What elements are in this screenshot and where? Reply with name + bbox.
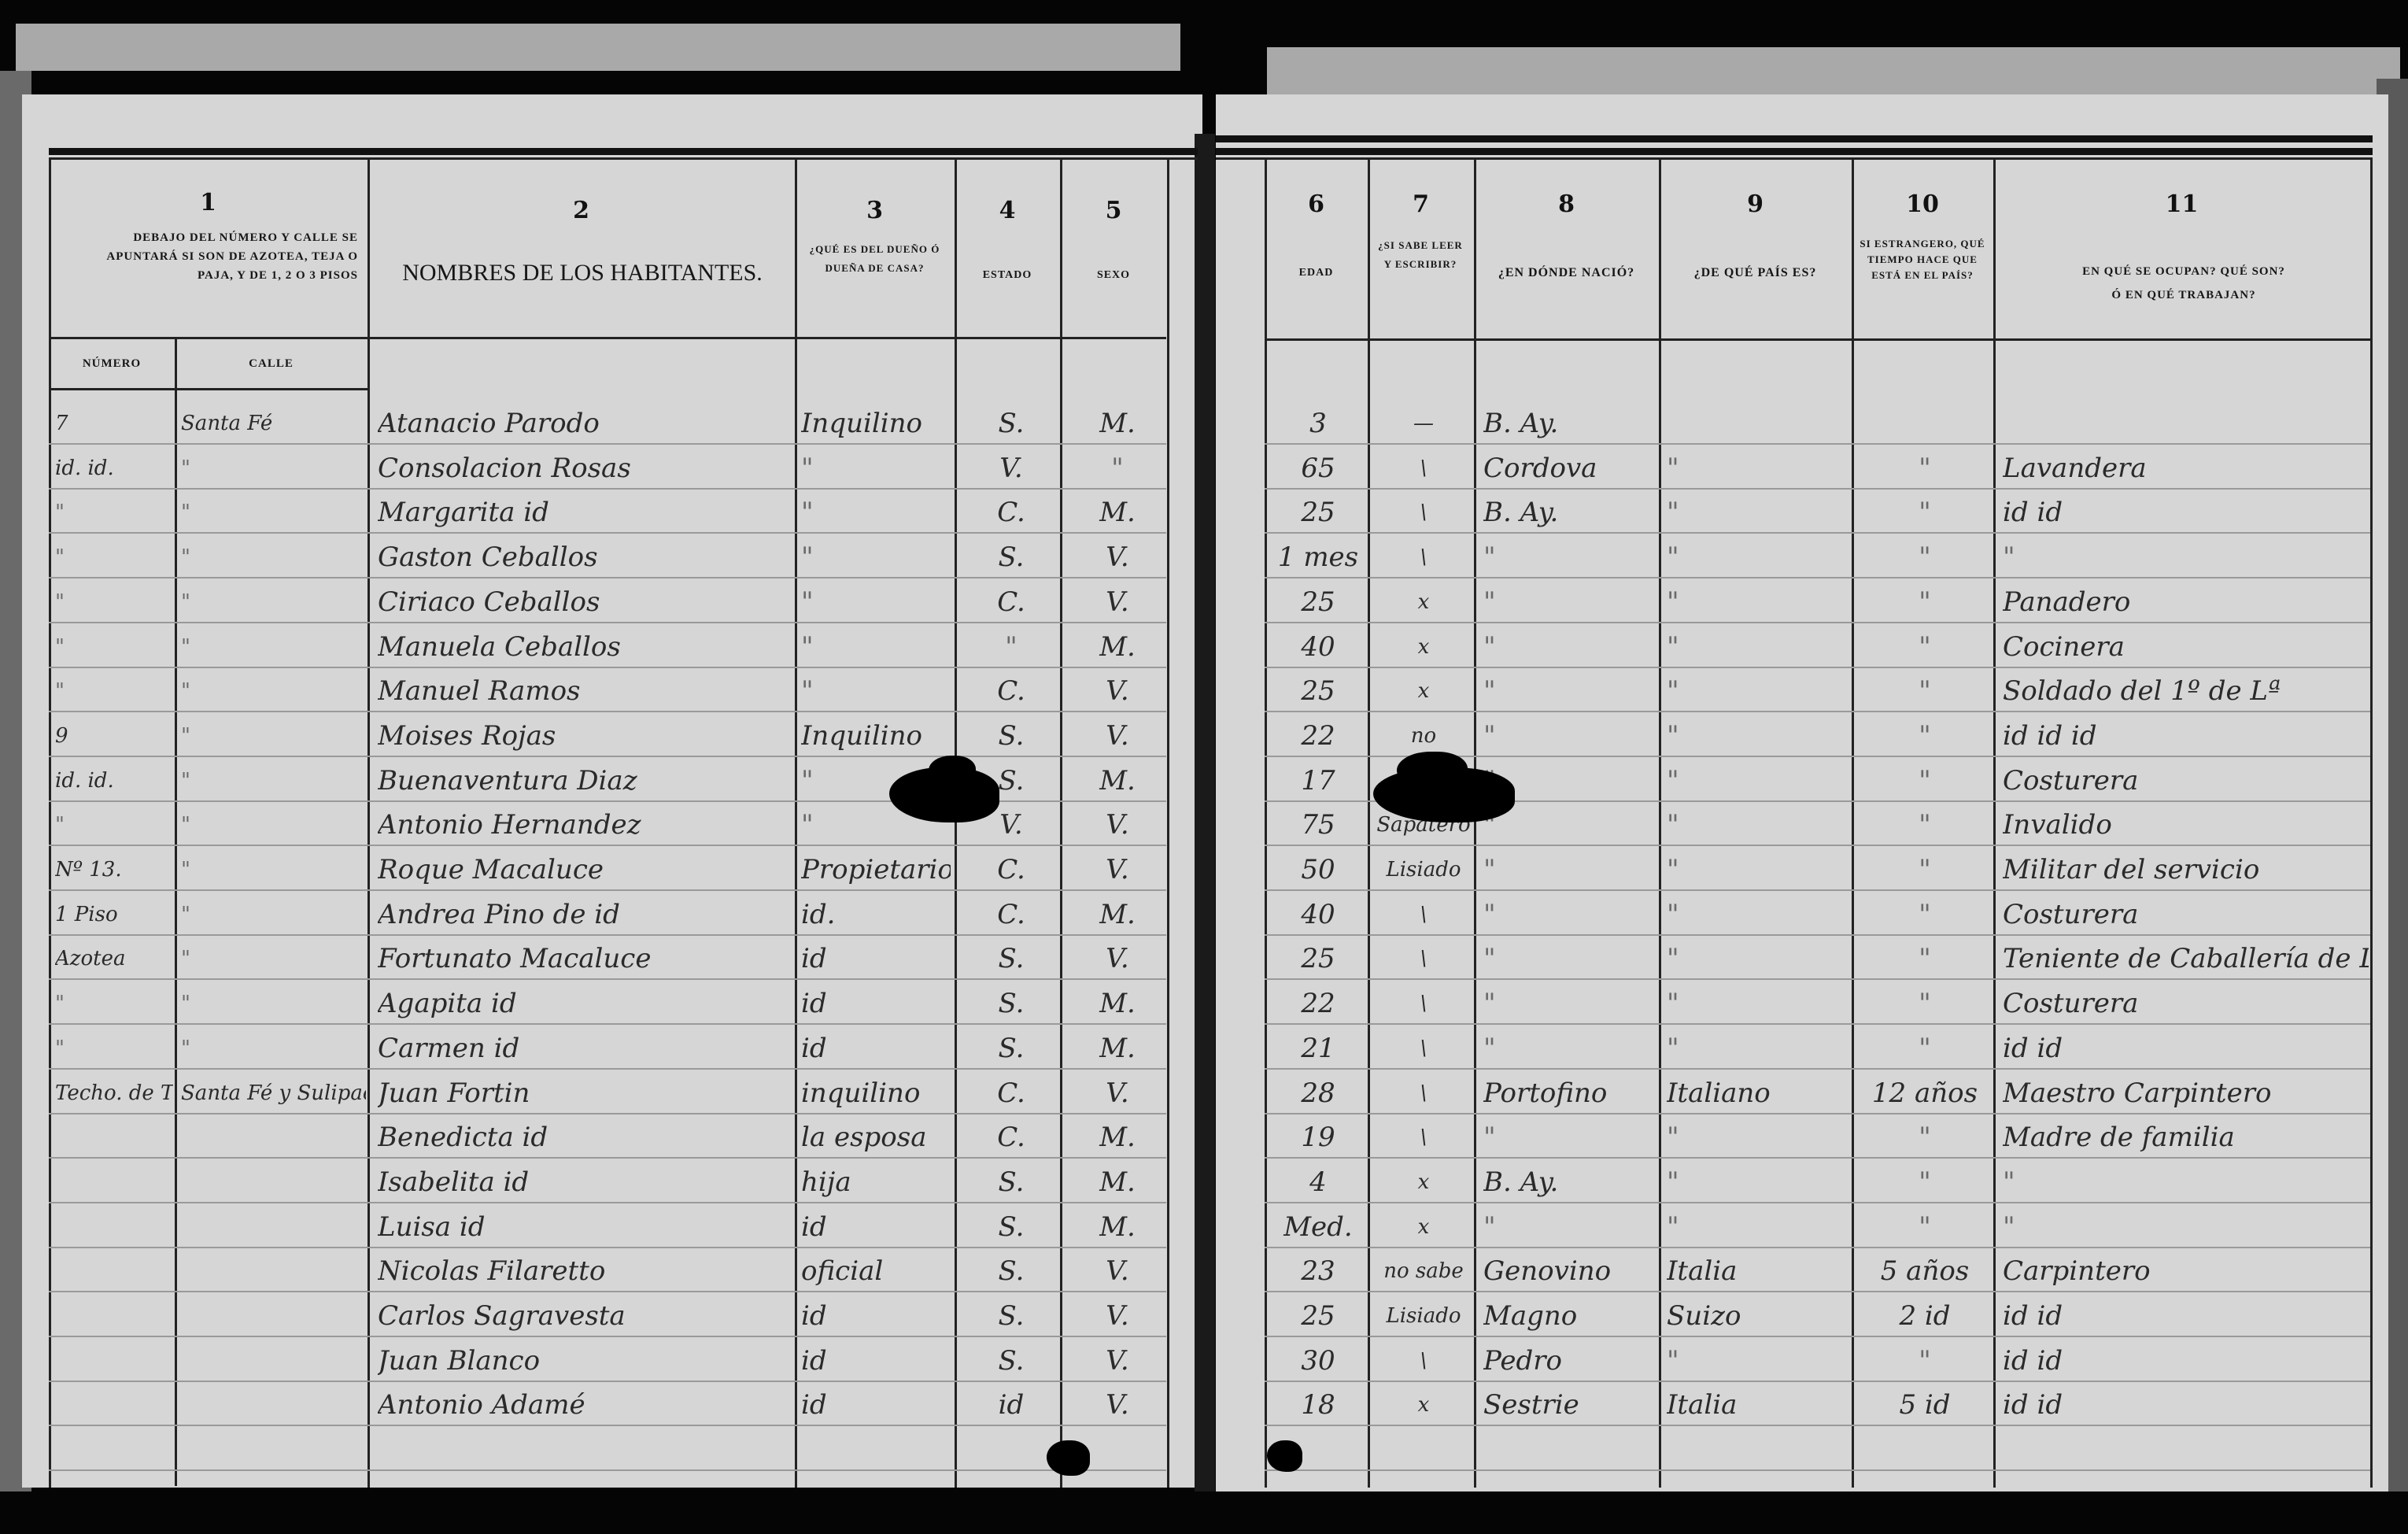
- row-ocupacion: ": [2003, 1164, 2369, 1200]
- row-lee: no: [1376, 718, 1472, 754]
- row-relacion: Inquilino: [801, 718, 951, 754]
- col1-col2-divider: [367, 157, 370, 1488]
- row-edad: 22: [1271, 985, 1365, 1022]
- row-estado: S.: [964, 1209, 1058, 1245]
- row-nombre: Antonio Adamé: [378, 1387, 791, 1423]
- col10-col11-divider: [1993, 157, 1996, 1488]
- row-edad: Med.: [1271, 1209, 1365, 1245]
- row-nacio: ": [1483, 896, 1656, 933]
- row-lee: Lisiado: [1376, 1298, 1472, 1334]
- row-ocupacion: ": [2003, 539, 2369, 575]
- row-edad: 17: [1271, 763, 1365, 799]
- row-numero: ": [55, 985, 173, 1022]
- col3-number: 3: [795, 197, 955, 224]
- row-sexo: M.: [1070, 1030, 1165, 1066]
- row-sexo: M.: [1070, 896, 1165, 933]
- row-estado: S.: [964, 1253, 1058, 1289]
- row-nombre: Andrea Pino de id: [378, 896, 791, 933]
- ruled-line: [1265, 845, 2370, 846]
- row-ocupacion: Madre de familia: [2003, 1119, 2369, 1155]
- row-estado: C.: [964, 852, 1058, 888]
- row-pais: ": [1667, 718, 1849, 754]
- row-tiempo: 5 años: [1859, 1253, 1991, 1289]
- right-header-rule: [1267, 338, 2373, 341]
- row-sexo: V.: [1070, 1075, 1165, 1111]
- row-edad: 21: [1271, 1030, 1365, 1066]
- col11-header: En qué se ocupan? Qué son? Ó en qué trab…: [2077, 260, 2290, 307]
- row-estado: C.: [964, 584, 1058, 620]
- col5-right-line: [1167, 157, 1169, 1488]
- col4-col5-divider: [1060, 157, 1062, 1488]
- row-calle: ": [181, 763, 366, 799]
- row-pais: ": [1667, 584, 1849, 620]
- col2-number: 2: [367, 197, 795, 224]
- ink-smudge-bottom: [1047, 1440, 1090, 1476]
- row-nombre: Carlos Sagravesta: [378, 1298, 791, 1334]
- row-nombre: Manuela Ceballos: [378, 629, 791, 665]
- left-subheader-rule: [49, 388, 367, 390]
- ruled-line: [1265, 1113, 2370, 1114]
- row-relacion: id: [801, 1030, 951, 1066]
- row-relacion: id: [801, 1343, 951, 1379]
- col1-number: 1: [49, 189, 367, 216]
- row-estado: V.: [964, 450, 1058, 486]
- ruled-line: [1265, 889, 2370, 891]
- ruled-line: [49, 711, 1166, 712]
- row-sexo: V.: [1070, 941, 1165, 977]
- row-estado: S.: [964, 718, 1058, 754]
- row-calle: Santa Fé y Sulipacha: [181, 1075, 366, 1111]
- row-edad: 1 mes: [1271, 539, 1365, 575]
- row-pais: ": [1667, 896, 1849, 933]
- ruled-line: [49, 756, 1166, 757]
- row-ocupacion: Carpintero: [2003, 1253, 2369, 1289]
- row-numero: ": [55, 807, 173, 843]
- row-calle: ": [181, 450, 366, 486]
- row-numero: ": [55, 673, 173, 709]
- ruled-line: [49, 1113, 1166, 1114]
- row-nacio: Genovino: [1483, 1253, 1656, 1289]
- ruled-line: [1265, 934, 2370, 936]
- row-tiempo: ": [1859, 896, 1991, 933]
- col7-number: 7: [1368, 190, 1474, 218]
- row-nombre: Margarita id: [378, 494, 791, 530]
- row-pais: Italiano: [1667, 1075, 1849, 1111]
- ruled-line: [1265, 711, 2370, 712]
- row-sexo: V.: [1070, 539, 1165, 575]
- row-sexo: M.: [1070, 405, 1165, 442]
- row-relacion: ": [801, 539, 951, 575]
- book-top-edge-right: [1267, 47, 2400, 94]
- row-ocupacion: Costurera: [2003, 896, 2369, 933]
- col9-col10-divider: [1852, 157, 1854, 1488]
- ruled-line: [1265, 1291, 2370, 1292]
- col9-number: 9: [1659, 190, 1852, 218]
- col8-col9-divider: [1659, 157, 1661, 1488]
- row-edad: 25: [1271, 494, 1365, 530]
- col6-number: 6: [1265, 190, 1368, 218]
- row-sexo: V.: [1070, 718, 1165, 754]
- row-ocupacion: id id id: [2003, 718, 2369, 754]
- row-lee: \: [1376, 985, 1472, 1022]
- row-numero: Techo. de Tabla: [55, 1075, 173, 1111]
- ruled-line: [49, 934, 1166, 936]
- ruled-line: [49, 1425, 1166, 1426]
- ruled-line: [49, 1202, 1166, 1203]
- ruled-line: [1265, 1381, 2370, 1382]
- row-edad: 19: [1271, 1119, 1365, 1155]
- row-nombre: Benedicta id: [378, 1119, 791, 1155]
- row-edad: 75: [1271, 807, 1365, 843]
- col1-sub-divider: [175, 337, 177, 1486]
- row-numero: Nº 13.: [55, 852, 173, 888]
- row-pais: ": [1667, 539, 1849, 575]
- col6-col7-divider: [1368, 157, 1370, 1488]
- row-nombre: Nicolas Filaretto: [378, 1253, 791, 1289]
- row-relacion: inquilino: [801, 1075, 951, 1111]
- ruled-line: [49, 622, 1166, 623]
- row-relacion: id: [801, 1387, 951, 1423]
- row-nombre: Luisa id: [378, 1209, 791, 1245]
- row-sexo: V.: [1070, 1298, 1165, 1334]
- ruled-line: [49, 1291, 1166, 1292]
- row-lee: \: [1376, 494, 1472, 530]
- row-estado: C.: [964, 494, 1058, 530]
- row-tiempo: ": [1859, 763, 1991, 799]
- col4-header: Estado: [955, 266, 1060, 285]
- row-relacion: ": [801, 494, 951, 530]
- col11-number: 11: [1993, 190, 2370, 218]
- row-numero: 1 Piso: [55, 896, 173, 933]
- row-estado: C.: [964, 896, 1058, 933]
- ruled-line: [1265, 1023, 2370, 1025]
- row-edad: 25: [1271, 673, 1365, 709]
- row-pais: ": [1667, 629, 1849, 665]
- row-tiempo: ": [1859, 539, 1991, 575]
- row-relacion: ": [801, 450, 951, 486]
- row-tiempo: 12 años: [1859, 1075, 1991, 1111]
- row-numero: ": [55, 629, 173, 665]
- row-sexo: V.: [1070, 673, 1165, 709]
- row-lee: \: [1376, 450, 1472, 486]
- row-nacio: ": [1483, 1119, 1656, 1155]
- row-nacio: ": [1483, 584, 1656, 620]
- row-estado: S.: [964, 405, 1058, 442]
- row-tiempo: 2 id: [1859, 1298, 1991, 1334]
- row-edad: 30: [1271, 1343, 1365, 1379]
- row-nombre: Manuel Ramos: [378, 673, 791, 709]
- ruled-line: [1265, 488, 2370, 490]
- row-nombre: Juan Fortin: [378, 1075, 791, 1111]
- row-nombre: Fortunato Macaluce: [378, 941, 791, 977]
- row-estado: C.: [964, 1075, 1058, 1111]
- row-nacio: Sestrie: [1483, 1387, 1656, 1423]
- row-lee: \: [1376, 896, 1472, 933]
- row-tiempo: ": [1859, 718, 1991, 754]
- row-lee: x: [1376, 1387, 1472, 1423]
- row-calle: ": [181, 673, 366, 709]
- row-pais: Suizo: [1667, 1298, 1849, 1334]
- ruled-line: [1265, 1247, 2370, 1248]
- row-nacio: Cordova: [1483, 450, 1656, 486]
- row-calle: ": [181, 539, 366, 575]
- row-ocupacion: Costurera: [2003, 985, 2369, 1022]
- row-estado: S.: [964, 1298, 1058, 1334]
- col3-header: ¿Qué es del dueño ó dueña de casa?: [803, 240, 947, 278]
- row-tiempo: ": [1859, 852, 1991, 888]
- col5-header: Sexo: [1060, 266, 1167, 285]
- ruled-line: [49, 577, 1166, 578]
- col10-header: Si estrangero, qué tiempo hace que está …: [1857, 236, 1988, 283]
- row-calle: Santa Fé: [181, 405, 366, 442]
- col6-left-line: [1265, 157, 1267, 1488]
- row-tiempo: ": [1859, 985, 1991, 1022]
- row-sexo: M.: [1070, 1209, 1165, 1245]
- row-ocupacion: Panadero: [2003, 584, 2369, 620]
- row-nacio: B. Ay.: [1483, 494, 1656, 530]
- row-pais: ": [1667, 1343, 1849, 1379]
- row-sexo: M.: [1070, 763, 1165, 799]
- ruled-line: [1265, 1469, 2370, 1471]
- ruled-line: [1265, 577, 2370, 578]
- row-lee: —: [1376, 405, 1472, 442]
- row-estado: ": [964, 629, 1058, 665]
- ruled-line: [1265, 1202, 2370, 1203]
- ruled-line: [49, 443, 1166, 445]
- row-calle: ": [181, 985, 366, 1022]
- col3-col4-divider: [955, 157, 957, 1488]
- row-numero: Azotea: [55, 941, 173, 977]
- row-sexo: M.: [1070, 629, 1165, 665]
- row-numero: ": [55, 584, 173, 620]
- ruled-line: [1265, 622, 2370, 623]
- row-ocupacion: Militar del servicio: [2003, 852, 2369, 888]
- row-sexo: M.: [1070, 1119, 1165, 1155]
- col2-col3-divider: [795, 157, 797, 1488]
- row-edad: 18: [1271, 1387, 1365, 1423]
- ruled-line: [1265, 1157, 2370, 1159]
- row-edad: 25: [1271, 941, 1365, 977]
- col9-header: ¿De qué país es?: [1659, 264, 1852, 283]
- row-nacio: ": [1483, 629, 1656, 665]
- row-nombre: Antonio Hernandez: [378, 807, 791, 843]
- ruled-line: [49, 1068, 1166, 1070]
- ruled-line: [49, 1157, 1166, 1159]
- row-pais: Italia: [1667, 1253, 1849, 1289]
- row-numero: ": [55, 1030, 173, 1066]
- row-lee: \: [1376, 1030, 1472, 1066]
- ruled-line: [1265, 1068, 2370, 1070]
- row-ocupacion: Teniente de Caballería de Línea: [2003, 941, 2369, 977]
- row-calle: ": [181, 896, 366, 933]
- col5-number: 5: [1060, 197, 1167, 224]
- col1-header: Debajo del número y calle se apuntará si…: [67, 228, 358, 285]
- row-edad: 22: [1271, 718, 1365, 754]
- row-estado: S.: [964, 941, 1058, 977]
- row-nombre: Agapita id: [378, 985, 791, 1022]
- row-tiempo: 5 id: [1859, 1387, 1991, 1423]
- row-relacion: ": [801, 584, 951, 620]
- ruled-line: [49, 532, 1166, 534]
- row-relacion: id: [801, 1209, 951, 1245]
- row-edad: 25: [1271, 1298, 1365, 1334]
- row-pais: ": [1667, 450, 1849, 486]
- row-ocupacion: ": [2003, 1209, 2369, 1245]
- left-top-rule-thin: [49, 157, 1198, 160]
- row-ocupacion: id id: [2003, 1030, 2369, 1066]
- ruled-line: [49, 978, 1166, 980]
- col8-number: 8: [1474, 190, 1659, 218]
- row-sexo: V.: [1070, 1387, 1165, 1423]
- row-pais: ": [1667, 1164, 1849, 1200]
- ruled-line: [49, 1336, 1166, 1337]
- row-nacio: ": [1483, 1030, 1656, 1066]
- row-nacio: B. Ay.: [1483, 405, 1656, 442]
- row-ocupacion: id id: [2003, 494, 2369, 530]
- row-lee: \: [1376, 539, 1472, 575]
- row-edad: 4: [1271, 1164, 1365, 1200]
- ruled-line: [49, 845, 1166, 846]
- row-ocupacion: id id: [2003, 1343, 2369, 1379]
- row-numero: id. id.: [55, 763, 173, 799]
- row-tiempo: ": [1859, 941, 1991, 977]
- row-nombre: Isabelita id: [378, 1164, 791, 1200]
- row-lee: no sabe: [1376, 1253, 1472, 1289]
- row-estado: S.: [964, 1030, 1058, 1066]
- ruled-line: [49, 1469, 1166, 1471]
- row-nacio: B. Ay.: [1483, 1164, 1656, 1200]
- right-top-rule-1: [1216, 135, 2373, 142]
- row-tiempo: ": [1859, 1030, 1991, 1066]
- row-pais: ": [1667, 807, 1849, 843]
- row-relacion: id.: [801, 896, 951, 933]
- row-sexo: ": [1070, 450, 1165, 486]
- row-sexo: M.: [1070, 985, 1165, 1022]
- book-top-edge-left: [16, 24, 1180, 71]
- ruled-line: [49, 889, 1166, 891]
- row-edad: 40: [1271, 629, 1365, 665]
- col1-sub-numero: Número: [49, 354, 175, 373]
- row-estado: S.: [964, 1164, 1058, 1200]
- row-pais: ": [1667, 1030, 1849, 1066]
- row-estado: C.: [964, 1119, 1058, 1155]
- row-edad: 65: [1271, 450, 1365, 486]
- book-bottom-shadow: [0, 1491, 2408, 1534]
- row-lee: x: [1376, 1164, 1472, 1200]
- ruled-line: [49, 488, 1166, 490]
- row-numero: id. id.: [55, 450, 173, 486]
- row-edad: 3: [1271, 405, 1365, 442]
- row-edad: 25: [1271, 584, 1365, 620]
- row-nacio: Portofino: [1483, 1075, 1656, 1111]
- col6-header: Edad: [1265, 264, 1368, 283]
- row-nombre: Gaston Ceballos: [378, 539, 791, 575]
- row-pais: Italia: [1667, 1387, 1849, 1423]
- row-nombre: Carmen id: [378, 1030, 791, 1066]
- ruled-line: [49, 1247, 1166, 1248]
- ruled-line: [49, 1023, 1166, 1025]
- row-sexo: V.: [1070, 807, 1165, 843]
- row-tiempo: ": [1859, 584, 1991, 620]
- row-lee: \: [1376, 1075, 1472, 1111]
- row-numero: 7: [55, 405, 173, 442]
- row-nacio: Pedro: [1483, 1343, 1656, 1379]
- book-gutter: [1195, 134, 1215, 1503]
- col2-header: Nombres de los habitantes.: [374, 260, 791, 286]
- row-nombre: Moises Rojas: [378, 718, 791, 754]
- col7-col8-divider: [1474, 157, 1476, 1488]
- row-sexo: M.: [1070, 494, 1165, 530]
- row-tiempo: ": [1859, 807, 1991, 843]
- ink-smudge-bottom-right: [1267, 1440, 1302, 1472]
- row-nacio: ": [1483, 673, 1656, 709]
- row-estado: id: [964, 1387, 1058, 1423]
- row-edad: 28: [1271, 1075, 1365, 1111]
- row-lee: x: [1376, 1209, 1472, 1245]
- ruled-line: [49, 1381, 1166, 1382]
- ruled-line: [1265, 978, 2370, 980]
- row-tiempo: ": [1859, 1164, 1991, 1200]
- col11-right-line: [2370, 157, 2373, 1488]
- row-nombre: Consolacion Rosas: [378, 450, 791, 486]
- row-sexo: V.: [1070, 1253, 1165, 1289]
- row-numero: ": [55, 494, 173, 530]
- ruled-line: [49, 667, 1166, 668]
- row-nacio: ": [1483, 852, 1656, 888]
- row-ocupacion: id id: [2003, 1298, 2369, 1334]
- ruled-line: [1265, 443, 2370, 445]
- col8-header: ¿En dónde nació?: [1474, 264, 1659, 283]
- left-top-rule: [49, 148, 1198, 155]
- row-nombre: Juan Blanco: [378, 1343, 791, 1379]
- row-pais: ": [1667, 985, 1849, 1022]
- left-header-rule: [49, 337, 1166, 339]
- row-calle: ": [181, 1030, 366, 1066]
- row-nacio: Magno: [1483, 1298, 1656, 1334]
- row-ocupacion: Maestro Carpintero: [2003, 1075, 2369, 1111]
- row-calle: ": [181, 494, 366, 530]
- row-estado: C.: [964, 673, 1058, 709]
- row-relacion: hija: [801, 1164, 951, 1200]
- ruled-line: [1265, 667, 2370, 668]
- row-sexo: V.: [1070, 584, 1165, 620]
- right-top-rule-2: [1216, 148, 2373, 155]
- row-lee: x: [1376, 673, 1472, 709]
- row-ocupacion: Lavandera: [2003, 450, 2369, 486]
- row-relacion: ": [801, 629, 951, 665]
- row-numero: ": [55, 539, 173, 575]
- row-relacion: id: [801, 985, 951, 1022]
- row-pais: ": [1667, 1209, 1849, 1245]
- ink-blot-left-tail: [929, 756, 976, 787]
- row-relacion: Inquilino: [801, 405, 951, 442]
- row-relacion: id: [801, 1298, 951, 1334]
- row-ocupacion: id id: [2003, 1387, 2369, 1423]
- row-nacio: ": [1483, 807, 1656, 843]
- row-relacion: id: [801, 941, 951, 977]
- row-estado: S.: [964, 985, 1058, 1022]
- col7-header: ¿Si sabe leer y escribir?: [1373, 236, 1468, 274]
- row-pais: ": [1667, 494, 1849, 530]
- col10-number: 10: [1852, 190, 1993, 218]
- row-pais: ": [1667, 763, 1849, 799]
- row-tiempo: ": [1859, 673, 1991, 709]
- row-lee: x: [1376, 584, 1472, 620]
- col1-sub-calle: Calle: [175, 354, 367, 373]
- ink-blot-right-top: [1397, 752, 1468, 791]
- row-pais: ": [1667, 1119, 1849, 1155]
- row-sexo: V.: [1070, 852, 1165, 888]
